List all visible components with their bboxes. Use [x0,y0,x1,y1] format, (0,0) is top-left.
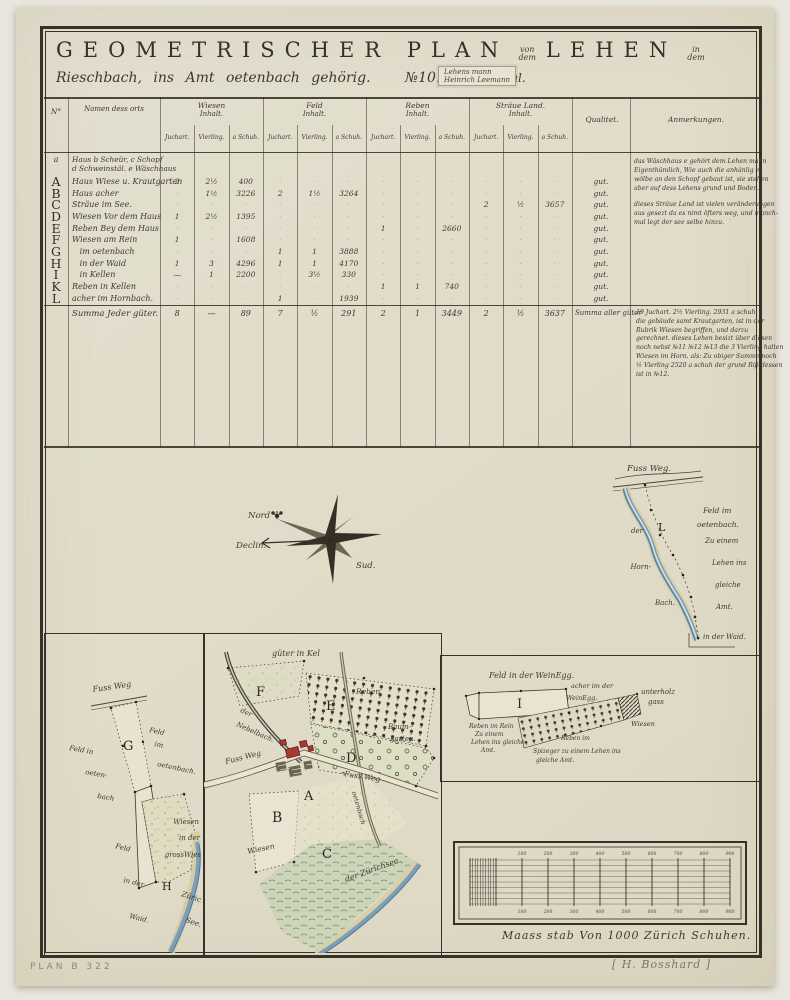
table-cell-empty [367,212,399,221]
quality-cell: gut. [585,224,617,233]
table-cell-empty [436,235,468,244]
svg-text:900: 900 [726,909,735,915]
table-cell-empty [539,189,571,198]
row-name: Reben in Kellen [72,282,136,291]
owner-label: Lehens mann Heinrich Leemann [438,66,516,86]
wineegg-map-box: Feld in der WeinEgg. I acher im der Wein… [440,655,762,782]
svg-text:Horn-: Horn- [629,563,651,571]
svg-text:acher im der: acher im der [571,682,614,690]
table-cell-empty [470,270,502,279]
table-cell-empty [505,177,537,186]
table-cell-empty [333,224,365,233]
parcel-h-label: H [162,880,172,893]
table-cell: 1 [161,235,193,244]
table-cell: 1 [161,212,193,221]
svg-text:in der: in der [179,834,201,842]
table-cell: 2½ [196,212,228,221]
legend-line: d Schweinstäl. e Wäschhaus [72,164,176,173]
summa-quality: Summa aller güter [575,309,642,317]
table-cell: 1 [299,247,331,256]
svg-text:oetenbach.: oetenbach. [697,520,739,529]
svg-text:grossWies: grossWies [165,851,201,859]
table-cell-empty [505,212,537,221]
table-cell-empty [470,259,502,268]
subcol-header: Juchart. [366,134,400,141]
svg-text:Waid.: Waid. [129,912,150,925]
table-top-line [44,97,762,99]
table-cell: — [161,270,193,279]
table-cell-empty [299,294,331,303]
quality-cell: gut. [585,247,617,256]
table-cell: 1 [264,294,296,303]
summa-note-line: Wiesen im Horn. als: Zu obiger Summe noc… [636,353,777,360]
krautgarten-plots [275,760,313,777]
subcol-header: Juchart. [469,134,503,141]
table-cell-empty [539,177,571,186]
svg-text:Reben im Rein: Reben im Rein [468,723,514,730]
plan-number: №10. [405,70,441,86]
table-cell-empty [367,270,399,279]
table-cell-empty [436,247,468,256]
table-cell-empty [402,294,434,303]
summa-cell: 2 [470,309,502,318]
table-cell-empty [264,224,296,233]
svg-text:Zu einem: Zu einem [704,537,739,545]
svg-text:gass: gass [648,698,664,706]
table-cell: 1608 [230,235,262,244]
summa-cell: — [196,309,228,318]
svg-text:Bach.: Bach. [654,599,675,607]
svg-text:600: 600 [648,851,657,857]
scale-bar: 100200 300400 500600 700800 900 100200 3… [450,838,750,946]
summa-note-line: ½ Vierling 2520 a schuh der grund Riß de… [636,362,782,369]
table-cell-empty [264,177,296,186]
remark-note2-line: mal legt der see selbe hinzu. [634,219,724,226]
table-cell: 400 [230,177,262,186]
table-cell-empty [505,224,537,233]
svg-text:100: 100 [518,909,527,915]
quality-cell: gut. [585,177,617,186]
row-name: in der Waid [72,259,126,268]
svg-text:oeten-: oeten- [85,768,109,780]
summa-cell: 7 [264,309,296,318]
parcel-f-label: F [256,685,265,700]
center-map: güter in Kel F der Nebelbach. E Reben D … [204,634,438,953]
summa-cell: 2 [367,309,399,318]
group-header-title: Wiesen [164,101,260,110]
table-cell-empty [367,247,399,256]
summa-cell: 3449 [436,309,468,318]
row-name: Wiesen Vor dem Haus [72,212,161,221]
table-cell: 3657 [539,200,571,209]
table-cell-empty [505,282,537,291]
table-cell-empty [470,282,502,291]
scale-caption: Maass stab Von 1000 Zürich Schuhen. [501,929,750,942]
compass-north-label: Nord [247,511,271,521]
table-cell-empty [161,282,193,291]
svg-text:Reben im: Reben im [560,735,590,742]
fleur-de-lis-icon [272,511,282,519]
subcol-header: Juchart. [263,134,297,141]
table-cell: 1 [264,247,296,256]
svg-text:Feld in: Feld in [68,744,95,756]
remark-note1-line: wölbe an den Schopf gebaut ist, sie steh… [634,176,768,183]
table-cell-empty [470,224,502,233]
table-cell-empty [367,235,399,244]
parcel-c-label: C [322,847,332,862]
group-header-title: Reben [370,101,466,110]
plan-sheet-stage: GEOMETRISCHER PLAN von dem LEHEN in dem … [0,0,790,1000]
svg-text:oetenbach.: oetenbach. [157,760,197,776]
svg-text:Fuss Weg: Fuss Weg [223,748,262,766]
subcol-header: Vierling. [504,134,538,141]
svg-text:gleiche: gleiche [715,581,741,589]
table-bottom-line [44,446,762,449]
table-cell-empty [505,294,537,303]
table-cell: 1 [299,259,331,268]
table-cell-empty [367,259,399,268]
svg-text:Amt.: Amt. [480,747,495,754]
svg-text:300: 300 [570,909,579,915]
row-name: im oetenbach [72,247,135,256]
table-cell-empty [436,259,468,268]
summa-cell: 3637 [539,309,571,318]
table-cell-empty [505,189,537,198]
table-cell-empty [539,294,571,303]
table-cell-empty [539,212,571,221]
table-cell: 3½ [299,270,331,279]
summa-note-line: 19 Juchart. 2½ Vierling. 2931 a schuh [636,309,755,316]
quality-cell: gut. [585,294,617,303]
table-cell-empty [539,247,571,256]
wineegg-map: Feld in der WeinEgg. I acher im der Wein… [441,656,758,778]
table-cell-empty [505,235,537,244]
table-cell-empty [505,270,537,279]
svg-text:Wiesen: Wiesen [173,818,199,826]
svg-text:Fuss Weg: Fuss Weg [91,680,132,694]
summa-cell: ½ [505,309,537,318]
table-cell: 3888 [333,247,365,256]
svg-text:300: 300 [570,851,579,857]
table-cell-empty [470,212,502,221]
parcel-i-label: I [517,697,522,712]
svg-text:Reben: Reben [355,687,380,696]
table-cell-empty [505,247,537,256]
svg-text:güter in Kel: güter in Kel [272,649,320,658]
column-line [68,97,69,448]
svg-text:800: 800 [700,851,709,857]
row-name: in Kellen [72,270,115,279]
column-line [572,97,573,448]
group-header-subtitle: Inhalt. [473,110,569,118]
subcol-header: Vierling. [401,134,435,141]
table-cell: 3264 [333,189,365,198]
center-map-box: güter in Kel F der Nebelbach. E Reben D … [203,633,442,957]
svg-text:der: der [631,527,644,535]
table-cell-empty [539,282,571,291]
group-header-subtitle: Inhalt. [267,110,363,118]
svg-text:700: 700 [674,851,683,857]
table-cell-empty [436,200,468,209]
quality-cell: gut. [585,200,617,209]
table-cell-empty [436,212,468,221]
table-cell-empty [161,224,193,233]
table-cell-empty [436,270,468,279]
summa-cell: ½ [299,309,331,318]
svg-text:900: 900 [726,851,735,857]
table-cell-empty [161,294,193,303]
table-cell-empty [539,259,571,268]
table-cell: ½ [505,200,537,209]
row-name: Wiesen am Rein [72,235,137,244]
table-cell-empty [402,189,434,198]
remark-note1-line: aber auf dess Lehens grund und Boden. [634,185,759,192]
table-cell-empty [470,247,502,256]
group-header-subtitle: Inhalt. [164,110,260,118]
table-cell-empty [402,259,434,268]
subcol-header: Juchart. [160,134,194,141]
svg-text:Feld: Feld [148,726,166,737]
svg-text:Wiesen: Wiesen [631,720,655,728]
page-title: GEOMETRISCHER PLAN [56,38,508,62]
subcol-header: Vierling. [298,134,332,141]
table-cell-empty [402,247,434,256]
svg-text:gleiche Amt.: gleiche Amt. [536,757,574,764]
summa-name: Summa Jeder güter. [72,309,158,319]
table-cell-empty [196,282,228,291]
table-cell-empty [196,247,228,256]
row-name: acher im Hornbach. [72,294,153,303]
subcol-header: a Schuh. [435,134,469,141]
table-cell: 740 [436,282,468,291]
table-cell-empty [367,294,399,303]
svg-text:Spizeger zu einem Lehen ins: Spizeger zu einem Lehen ins [533,748,621,755]
table-cell-empty [333,235,365,244]
left-map: Fuss Weg G H Feld im oetenbach. Feld in … [45,634,201,953]
table-cell: 2200 [230,270,262,279]
table-cell: 1939 [333,294,365,303]
table-cell-empty [299,224,331,233]
table-cell-empty [230,294,262,303]
table-cell: 1 [402,282,434,291]
parcel-d-label: D [346,751,356,766]
summa-note-line: gerechnet. dieses Lehen besizt über dies… [636,335,772,342]
quality-cell: gut. [585,259,617,268]
table-cell: 2½ [196,177,228,186]
table-cell-empty [402,224,434,233]
parcel-i-west [466,693,479,719]
svg-text:100: 100 [518,851,527,857]
table-cell-empty [333,177,365,186]
svg-text:700: 700 [674,909,683,915]
table-cell-empty [333,282,365,291]
table-cell-empty [299,282,331,291]
subcol-header: a Schuh. [538,134,572,141]
svg-text:200: 200 [543,851,553,857]
left-map-box: Fuss Weg G H Feld im oetenbach. Feld in … [44,633,205,957]
svg-text:Feld im: Feld im [702,506,731,515]
summa-cell: 89 [230,309,262,318]
table-cell: 1 [367,224,399,233]
table-cell-empty [230,282,262,291]
col-header-name: Namen dess orts [70,105,158,113]
parcel-b-label: B [272,810,282,826]
table-cell-empty [299,177,331,186]
archive-number: PLAN B 322 [30,962,113,972]
svg-text:bach: bach [97,792,115,803]
parcel-e-label: E [326,699,336,714]
table-cell-empty [264,235,296,244]
table-cell-empty [196,200,228,209]
table-cell-empty [299,212,331,221]
title-connector-1: von dem [518,46,535,62]
hornbach-map: Fuss Weg. L der Horn- Bach. Feld im oete… [585,455,761,655]
remark-note1-line: Eigenthümlich, Wie auch die anhänlig e [634,167,759,174]
table-cell-empty [539,270,571,279]
table-cell-empty [539,224,571,233]
table-cell-empty [539,235,571,244]
table-cell: 2 [161,177,193,186]
table-cell-empty [367,189,399,198]
summa-cell: 291 [333,309,365,318]
summa-cell: 8 [161,309,193,318]
table-cell-empty [264,270,296,279]
table-cell: 2660 [436,224,468,233]
subcol-header: Vierling. [195,134,229,141]
svg-text:200: 200 [543,909,553,915]
svg-text:Amt.: Amt. [715,603,733,611]
table-cell: 3226 [230,189,262,198]
svg-text:garten.: garten. [390,735,416,743]
in-der-waid-label: in der Waid. [703,633,746,641]
table-cell-empty [264,282,296,291]
table-cell-empty [367,200,399,209]
table-cell: 1 [367,282,399,291]
header-bottom-line [44,152,762,153]
table-cell: 2 [264,189,296,198]
table-cell-empty [436,177,468,186]
svg-text:400: 400 [595,909,605,915]
land-register-table: N°Namen dess ortsWiesenInhalt.Juchart.Vi… [44,97,762,448]
table-cell: 330 [333,270,365,279]
table-cell-empty [436,189,468,198]
table-cell-empty [333,212,365,221]
summa-line [44,305,762,306]
row-letter: L [46,291,66,306]
remark-note1-line: das Wäschhaus e gehört dem Lehen mann [634,158,766,165]
remark-note2-line: dieses Sträue Land ist vielen veränderun… [634,201,775,208]
table-cell: 4296 [230,259,262,268]
table-cell: 2 [470,200,502,209]
table-cell-empty [264,200,296,209]
legend-line: Haus b Scheür, c Schopf [72,155,163,164]
table-cell-empty [299,200,331,209]
quality-cell: gut. [585,282,617,291]
footpath-label: Fuss Weg. [626,464,671,474]
compass-declination-label: Declin. [235,541,266,551]
svg-text:unterholz: unterholz [641,688,675,696]
table-cell-empty [402,270,434,279]
parcel-g-label: G [123,739,133,754]
table-cell-empty [161,189,193,198]
svg-text:500: 500 [622,909,631,915]
table-cell-empty [333,200,365,209]
table-cell-empty [230,224,262,233]
table-cell-empty [402,235,434,244]
table-cell-empty [436,294,468,303]
svg-text:Lehen ins gleiche: Lehen ins gleiche [470,739,525,746]
attribution-note: [ H. Bosshard ] [612,958,711,971]
quality-cell: gut. [585,235,617,244]
quality-cell: gut. [585,270,617,279]
table-cell-empty [505,259,537,268]
svg-text:Feld: Feld [114,842,132,854]
parcel-a-label: A [303,789,314,804]
table-cell-empty [470,294,502,303]
table-cell-empty [230,247,262,256]
table-cell-empty [196,294,228,303]
group-header-title: Sträue Land. [473,101,569,110]
col-header-no: N° [46,107,66,116]
remark-note2-line: aus gesezt da es nimt öfters weg, und ma… [634,210,778,217]
table-cell-empty [470,189,502,198]
group-header-title: Feld [267,101,363,110]
summa-cell: 1 [402,309,434,318]
table-cell: 1395 [230,212,262,221]
row-letter: a [46,155,66,164]
svg-text:See.: See. [184,915,201,929]
col-header-remarks: Anmerkungen. [632,115,760,124]
summa-note-line: Rubrik Wiesen begriffen, und darzu [636,327,748,334]
summa-note-line: ist in №12. [636,371,669,378]
svg-text:500: 500 [622,851,631,857]
table-cell-empty [161,200,193,209]
svg-text:im: im [154,740,165,750]
summa-note-line: die gebäude samt Krautgarten, ist in der [636,318,764,325]
title-connector-2: in dem [687,46,704,62]
table-cell-empty [230,200,262,209]
table-cell: 4170 [333,259,365,268]
table-cell-empty [299,235,331,244]
parcel-l-label: L [658,521,666,534]
subcol-header: a Schuh. [229,134,263,141]
svg-text:Baum-: Baum- [387,723,411,731]
svg-text:WeinEgg.: WeinEgg. [566,694,597,702]
table-cell-empty [402,200,434,209]
subcol-header: a Schuh. [332,134,366,141]
svg-text:600: 600 [648,909,657,915]
table-cell-empty [402,212,434,221]
table-cell-empty [402,177,434,186]
svg-text:800: 800 [700,909,709,915]
table-cell: 1½ [196,189,228,198]
table-cell-empty [196,235,228,244]
table-cell-empty [470,177,502,186]
column-line [630,97,631,448]
svg-text:Lehen ins: Lehen ins [711,559,747,567]
row-name: Sträue im See. [72,200,132,209]
row-name: Haus acher [72,189,119,198]
table-cell-empty [161,247,193,256]
compass-south-label: Sud. [356,561,375,571]
table-cell-empty [264,212,296,221]
group-header-subtitle: Inhalt. [370,110,466,118]
title-row: GEOMETRISCHER PLAN von dem LEHEN in dem [56,36,756,62]
table-cell: 1 [264,259,296,268]
table-cell-empty [196,224,228,233]
table-cell-empty [367,177,399,186]
row-name: Reben Bey dem Haus [72,224,159,233]
